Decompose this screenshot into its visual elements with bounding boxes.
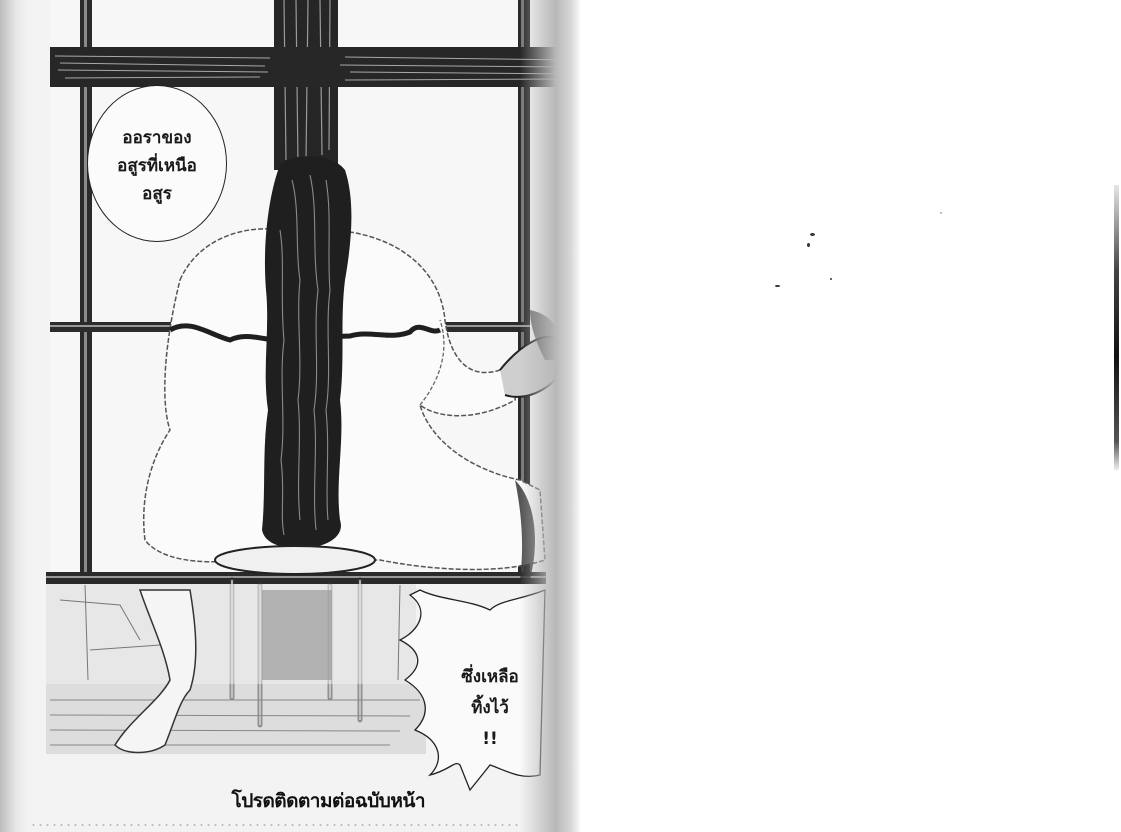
speech-bubble-text: ออราของ อสูรที่เหนือ อสูร: [88, 124, 226, 208]
scan-speck: [775, 285, 780, 287]
page-edge-bar: [1114, 185, 1119, 470]
manga-spread: ออราของ อสูรที่เหนือ อสูร ซึ่งเหลือ ทิ้ง…: [0, 0, 1121, 832]
next-issue-caption: โปรดติดตามต่อฉบับหน้า: [225, 786, 425, 816]
scan-speck: [940, 212, 942, 214]
speech-line-1: ออราของ: [88, 124, 226, 152]
right-page: [580, 0, 1121, 832]
gutter-shadow: [520, 0, 580, 832]
left-page: ออราของ อสูรที่เหนือ อสูร ซึ่งเหลือ ทิ้ง…: [0, 0, 580, 832]
scan-speck: [807, 243, 810, 247]
page-bottom-dots: [30, 822, 520, 828]
page-edge-shadow: [0, 0, 28, 832]
speech-bubble: ออราของ อสูรที่เหนือ อสูร: [87, 85, 227, 242]
speech-line-3: อสูร: [88, 180, 226, 208]
speech-line-2: อสูรที่เหนือ: [88, 152, 226, 180]
scan-speck: [810, 233, 815, 236]
scan-speck: [830, 278, 832, 280]
